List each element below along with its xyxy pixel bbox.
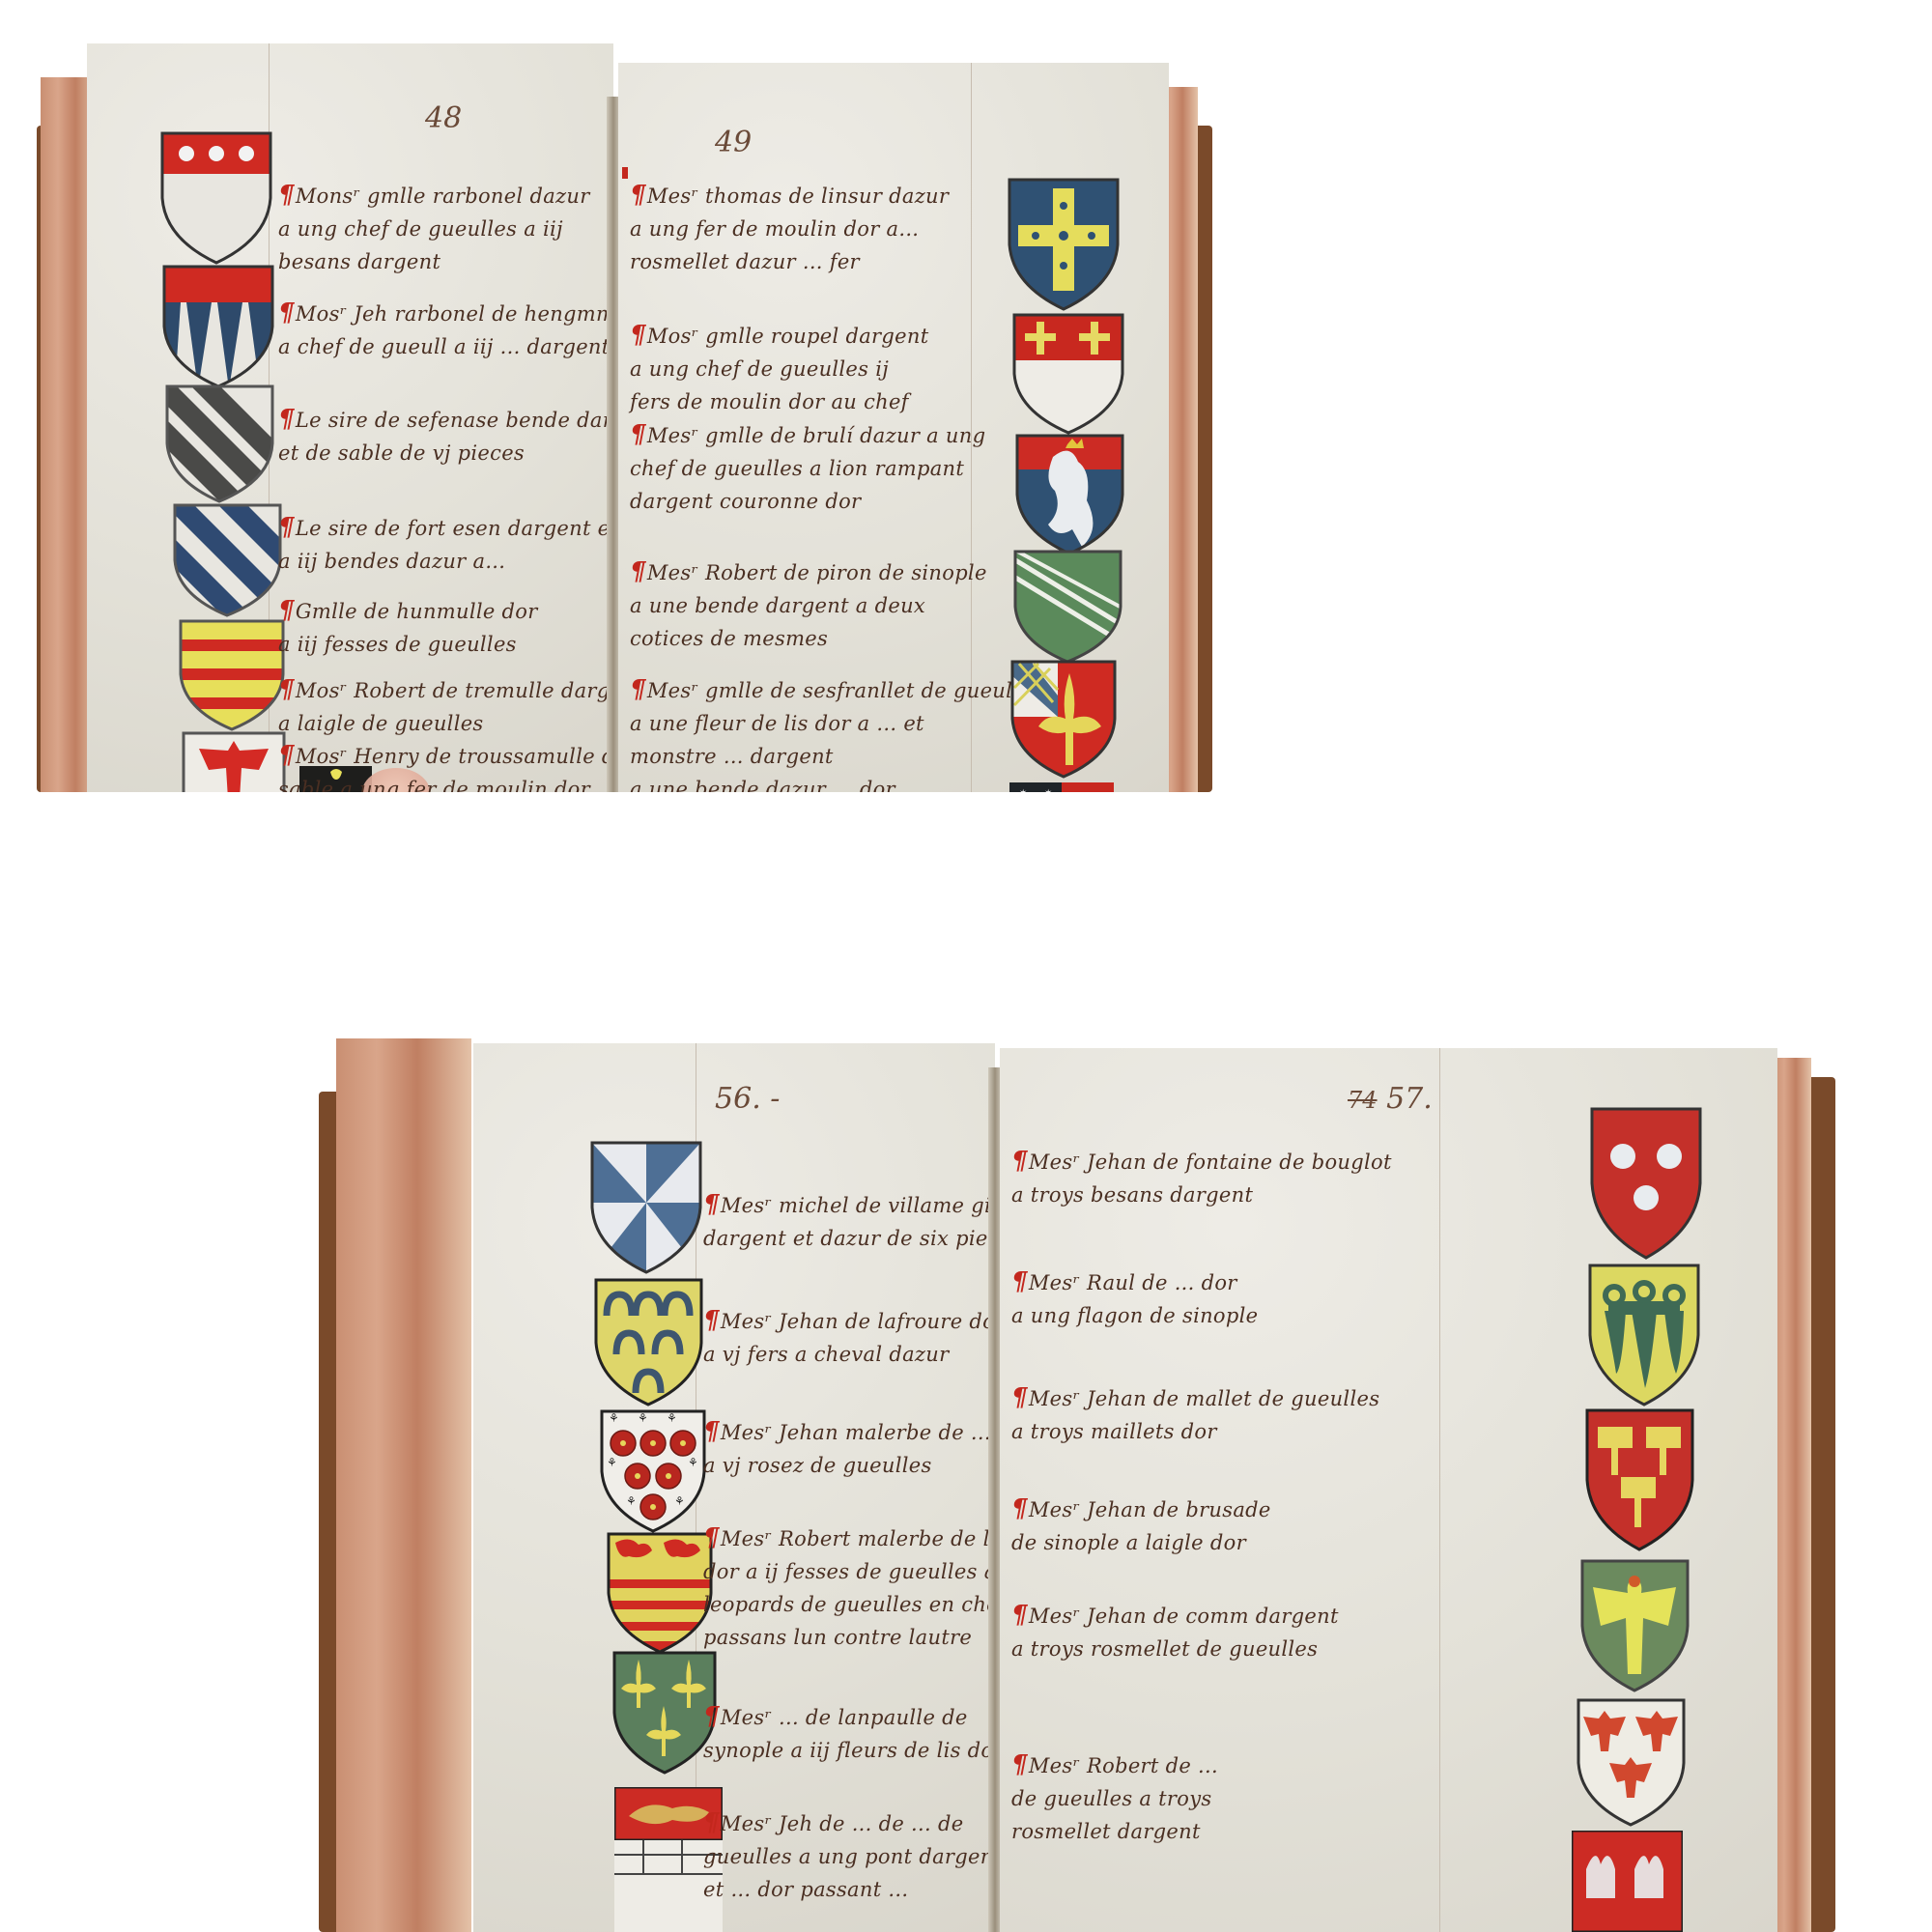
rubricated-initial: ¶ bbox=[1011, 1494, 1028, 1523]
rubricated-initial: ¶ bbox=[703, 1808, 720, 1837]
rubricated-initial: ¶ bbox=[1011, 1383, 1028, 1412]
blazon-entry: ¶Mesʳ Jeh de ... de ... de gueulles a un… bbox=[703, 1806, 995, 1906]
margin-rule bbox=[1439, 1048, 1440, 1932]
folio-number: 74 57. bbox=[1348, 1082, 1433, 1116]
rubricated-initial: ¶ bbox=[703, 1702, 720, 1731]
folio-number: 49 bbox=[715, 126, 752, 159]
blazon-entry: ¶Mesʳ Robert de ... de gueulles a troys … bbox=[1011, 1748, 1218, 1848]
blazon-entry: ¶Mesʳ Robert malerbe de lanpaulle dor a … bbox=[703, 1521, 995, 1654]
rubric-mark bbox=[622, 167, 628, 179]
blazon-entry: ¶Mosʳ Jeh rarbonel de hengmmeller a chef… bbox=[278, 297, 613, 363]
page-right-57: 74 57. ¶Mesʳ Jehan de fontaine de bouglo… bbox=[1000, 1048, 1777, 1932]
svg-text:⚘: ⚘ bbox=[667, 1411, 677, 1425]
shield-roses-ermine: ⚘⚘⚘⚘⚘⚘⚘ bbox=[599, 1408, 707, 1534]
blazon-entry: ¶Mesʳ gmlle de sesfranllet de gueull a u… bbox=[630, 673, 1019, 792]
blazon-entry: ¶Mesʳ Jehan de lafroure dor a vj fers a … bbox=[703, 1304, 995, 1371]
folio-number: 56. - bbox=[715, 1082, 780, 1116]
shield-barry-or-gules bbox=[178, 618, 286, 732]
blazon-entry: ¶Mesʳ michel de villame gironne dargent … bbox=[703, 1188, 995, 1255]
svg-text:⚘: ⚘ bbox=[626, 1494, 637, 1508]
shield-bend-cotised-vert bbox=[1012, 549, 1123, 665]
rubricated-initial: ¶ bbox=[703, 1523, 720, 1552]
shield-fleurs-de-lis-vert bbox=[611, 1650, 718, 1776]
rubricated-initial: ¶ bbox=[278, 298, 295, 327]
rubricated-initial: ¶ bbox=[278, 513, 295, 542]
shield-gyronny bbox=[589, 1140, 703, 1275]
rubricated-initial: ¶ bbox=[1011, 1750, 1028, 1779]
top-manuscript-spread: 48 bbox=[29, 39, 1227, 792]
svg-text:✶: ✶ bbox=[1044, 788, 1052, 792]
shield-cross-moline bbox=[1007, 177, 1121, 312]
shield-bendy-azure bbox=[172, 502, 283, 618]
blazon-entry: ¶Mosʳ gmlle roupel dargent a ung chef de… bbox=[630, 319, 928, 418]
shield-gules-partial bbox=[1572, 1831, 1683, 1932]
blazon-entry: ¶Mesʳ Raul de ... dor a ung flagon de si… bbox=[1011, 1265, 1258, 1332]
rubricated-initial: ¶ bbox=[630, 557, 646, 586]
shield-barry-lions-chief bbox=[606, 1531, 714, 1655]
rubricated-initial: ¶ bbox=[703, 1417, 720, 1446]
shield-three-eagles-gules bbox=[1576, 1697, 1687, 1828]
svg-text:⚘: ⚘ bbox=[688, 1456, 698, 1469]
blazon-entry: ¶Mosʳ Robert de tremulle dargent a laigl… bbox=[278, 673, 613, 740]
blazon-entry: ¶Mosʳ Henry de troussamulle de sable a u… bbox=[278, 739, 613, 792]
page-left-56: 56. - ⚘⚘⚘⚘⚘⚘⚘ bbox=[473, 1043, 995, 1932]
blazon-entry: ¶Mesʳ thomas de linsur dazur a ung fer d… bbox=[630, 179, 949, 278]
svg-text:⚘: ⚘ bbox=[638, 1411, 648, 1425]
rubricated-initial: ¶ bbox=[703, 1306, 720, 1335]
shield-chief-bezants bbox=[159, 130, 273, 266]
shield-horseshoes bbox=[593, 1277, 704, 1407]
svg-text:⚘: ⚘ bbox=[607, 1456, 617, 1469]
shield-lion-rampant bbox=[1014, 433, 1125, 556]
shield-chief-crosses bbox=[1011, 312, 1125, 436]
blazon-entry: ¶Le sire de fort esen dargent et a iij b… bbox=[278, 511, 613, 578]
shield-three-bezants bbox=[1589, 1106, 1703, 1261]
folio-number: 48 bbox=[425, 101, 462, 135]
rubricated-initial: ¶ bbox=[630, 321, 646, 350]
page-edges-right bbox=[1773, 1058, 1811, 1932]
blazon-entry: ¶Mesʳ gmlle de brulí dazur a ung chef de… bbox=[630, 418, 985, 518]
page-right-49: 49 ¶Mesʳ thomas de linsur dazur a ung fe… bbox=[618, 63, 1169, 792]
svg-text:⚘: ⚘ bbox=[609, 1411, 619, 1425]
blazon-entry: ¶Mesʳ Jehan malerbe de ... ermine a vj r… bbox=[703, 1415, 995, 1482]
rubricated-initial: ¶ bbox=[278, 181, 295, 210]
rubricated-initial: ¶ bbox=[1011, 1147, 1028, 1176]
rubricated-initial: ¶ bbox=[278, 405, 295, 434]
svg-text:⚘: ⚘ bbox=[674, 1494, 685, 1508]
rubricated-initial: ¶ bbox=[630, 675, 646, 704]
shield-eagle-or-vert bbox=[1579, 1558, 1690, 1693]
shield-chief-pily bbox=[161, 264, 275, 389]
page-edges-left bbox=[336, 1038, 471, 1932]
blazon-entry: ¶Le sire de sefenase bende dargent et de… bbox=[278, 403, 613, 469]
shield-fleur-de-lis-canton bbox=[1009, 659, 1118, 780]
blazon-entry: ¶Mesʳ Jehan de fontaine de bouglot a tro… bbox=[1011, 1145, 1392, 1211]
shield-three-mallets bbox=[1584, 1407, 1695, 1552]
page-left-48: 48 bbox=[87, 43, 613, 792]
rubricated-initial: ¶ bbox=[278, 596, 295, 625]
rubricated-initial: ¶ bbox=[278, 675, 295, 704]
shield-label-vert bbox=[1587, 1263, 1701, 1407]
blazon-entry: ¶Mesʳ Robert de piron de sinople a une b… bbox=[630, 555, 987, 655]
bottom-manuscript-spread: 56. - ⚘⚘⚘⚘⚘⚘⚘ bbox=[319, 1019, 1913, 1932]
rubricated-initial: ¶ bbox=[630, 181, 646, 210]
blazon-entry: ¶Mesʳ Jehan de brusade de sinople a laig… bbox=[1011, 1492, 1271, 1559]
blazon-entry: ¶Gmlle de hunmulle dor a iij fesses de g… bbox=[278, 594, 538, 661]
svg-text:✶: ✶ bbox=[1019, 788, 1027, 792]
rubricated-initial: ¶ bbox=[1011, 1267, 1028, 1296]
shield-quarterly-partial: ✶✶✶ bbox=[1009, 782, 1114, 792]
shield-eagle-gules bbox=[182, 731, 286, 792]
shield-bendy-sable bbox=[164, 384, 275, 504]
blazon-entry: ¶Mesʳ ... de lanpaulle de synople a iij … bbox=[703, 1700, 995, 1767]
blazon-entry: ¶Mesʳ Jehan de mallet de gueulles a troy… bbox=[1011, 1381, 1379, 1448]
blazon-entry: ¶Mesʳ Jehan de comm dargent a troys rosm… bbox=[1011, 1599, 1339, 1665]
rubricated-initial: ¶ bbox=[630, 420, 646, 449]
rubricated-initial: ¶ bbox=[1011, 1601, 1028, 1630]
rubricated-initial: ¶ bbox=[703, 1190, 720, 1219]
rubricated-initial: ¶ bbox=[278, 741, 295, 770]
blazon-entry: ¶Monsʳ gmlle rarbonel dazur a ung chef d… bbox=[278, 179, 590, 278]
